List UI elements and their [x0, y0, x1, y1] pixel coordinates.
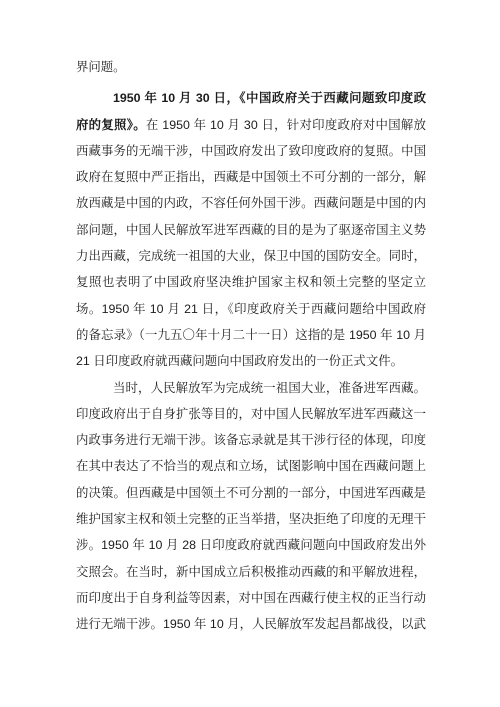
text-segment: 力出西藏，完成统一祖国的大业，保卫中国的国防安全。同时， [76, 249, 426, 263]
text-segment: 的备忘录》（一九五〇年十月二十一日）这指的是 1950 年 10 月 [76, 328, 426, 342]
text-segment: 当时，人民解放军为完成统一祖国大业，准备进军西藏。 [113, 381, 426, 395]
text-line: 内政事务进行无端干涉。该备忘录就是其干涉行径的体现，印度 [76, 427, 426, 453]
text-line: 场。1950 年 10 月 21 日，《印度政府关于西藏问题给中国政府 [76, 296, 426, 322]
text-line: 在其中表达了不恰当的观点和立场，试图影响中国在西藏问题上 [76, 453, 426, 479]
text-line: 放西藏是中国的内政，不容任何外国干涉。西藏问题是中国的内 [76, 190, 426, 216]
text-segment: 内政事务进行无端干涉。该备忘录就是其干涉行径的体现，印度 [76, 433, 426, 447]
bold-text-segment: 府的复照》。 [76, 118, 146, 132]
paragraph-background-context: 当时，人民解放军为完成统一祖国大业，准备进军西藏。印度政府出于自身扩张等目的，对… [76, 375, 426, 638]
text-line: 部问题，中国人民解放军进军西藏的目的是为了驱逐帝国主义势 [76, 217, 426, 243]
document-page: 界问题。1950 年 10 月 30 日，《中国政府关于西藏问题致印度政府的复照… [0, 0, 500, 707]
text-segment: 政府在复照中严正指出，西藏是中国领土不可分割的一部分，解 [76, 170, 426, 184]
text-line: 的决策。但西藏是中国领土不可分割的一部分，中国进军西藏是 [76, 480, 426, 506]
text-segment: 涉。1950 年 10 月 28 日印度政府就西藏问题向中国政府发出外 [76, 538, 426, 552]
text-line: 界问题。 [76, 54, 426, 80]
text-segment: 复照也表明了中国政府坚决维护国家主权和领土完整的坚定立 [76, 275, 426, 289]
text-line: 当时，人民解放军为完成统一祖国大业，准备进军西藏。 [76, 375, 426, 401]
text-segment: 场。1950 年 10 月 21 日，《印度政府关于西藏问题给中国政府 [76, 302, 426, 316]
text-segment: 界问题。 [76, 60, 126, 74]
text-segment: 西藏事务的无端干涉，中国政府发出了致印度政府的复照。中国 [76, 144, 426, 158]
text-line: 1950 年 10 月 30 日，《中国政府关于西藏问题致印度政 [76, 85, 426, 111]
text-segment: 进行无端干涉。1950 年 10 月，人民解放军发起昌都战役，以武 [76, 617, 426, 631]
text-segment: 交照会。在当时，新中国成立后积极推动西藏的和平解放进程， [76, 565, 426, 579]
text-segment: 维护国家主权和领土完整的正当举措，坚决拒绝了印度的无理干 [76, 512, 426, 526]
text-segment: 在其中表达了不恰当的观点和立场，试图影响中国在西藏问题上 [76, 459, 426, 473]
text-segment: 而印度出于自身利益等因素，对中国在西藏行使主权的正当行动 [76, 591, 426, 605]
text-line: 复照也表明了中国政府坚决维护国家主权和领土完整的坚定立 [76, 269, 426, 295]
text-line: 涉。1950 年 10 月 28 日印度政府就西藏问题向中国政府发出外 [76, 532, 426, 558]
text-line: 维护国家主权和领土完整的正当举措，坚决拒绝了印度的无理干 [76, 506, 426, 532]
text-segment: 21 日印度政府就西藏问题向中国政府发出的一份正式文件。 [76, 354, 403, 368]
text-line: 西藏事务的无端干涉，中国政府发出了致印度政府的复照。中国 [76, 138, 426, 164]
text-line: 交照会。在当时，新中国成立后积极推动西藏的和平解放进程， [76, 559, 426, 585]
text-line: 进行无端干涉。1950 年 10 月，人民解放军发起昌都战役，以武 [76, 611, 426, 637]
text-segment: 放西藏是中国的内政，不容任何外国干涉。西藏问题是中国的内 [76, 196, 426, 210]
text-segment: 在 1950 年 10 月 30 日，针对印度政府对中国解放 [146, 118, 426, 132]
text-line: 印度政府出于自身扩张等目的，对中国人民解放军进军西藏这一 [76, 401, 426, 427]
text-segment: 的决策。但西藏是中国领土不可分割的一部分，中国进军西藏是 [76, 486, 426, 500]
text-line: 而印度出于自身利益等因素，对中国在西藏行使主权的正当行动 [76, 585, 426, 611]
paragraph-reply-note-1950-10-30: 1950 年 10 月 30 日，《中国政府关于西藏问题致印度政府的复照》。在 … [76, 85, 426, 374]
text-segment: 部问题，中国人民解放军进军西藏的目的是为了驱逐帝国主义势 [76, 223, 426, 237]
text-line: 力出西藏，完成统一祖国的大业，保卫中国的国防安全。同时， [76, 243, 426, 269]
text-segment: 印度政府出于自身扩张等目的，对中国人民解放军进军西藏这一 [76, 407, 426, 421]
text-line: 21 日印度政府就西藏问题向中国政府发出的一份正式文件。 [76, 348, 426, 374]
paragraph-previous-continuation: 界问题。 [76, 54, 426, 80]
text-line: 政府在复照中严正指出，西藏是中国领土不可分割的一部分，解 [76, 164, 426, 190]
text-line: 的备忘录》（一九五〇年十月二十一日）这指的是 1950 年 10 月 [76, 322, 426, 348]
document-body: 界问题。1950 年 10 月 30 日，《中国政府关于西藏问题致印度政府的复照… [76, 54, 426, 638]
bold-text-segment: 1950 年 10 月 30 日，《中国政府关于西藏问题致印度政 [113, 91, 426, 105]
text-line: 府的复照》。在 1950 年 10 月 30 日，针对印度政府对中国解放 [76, 112, 426, 138]
